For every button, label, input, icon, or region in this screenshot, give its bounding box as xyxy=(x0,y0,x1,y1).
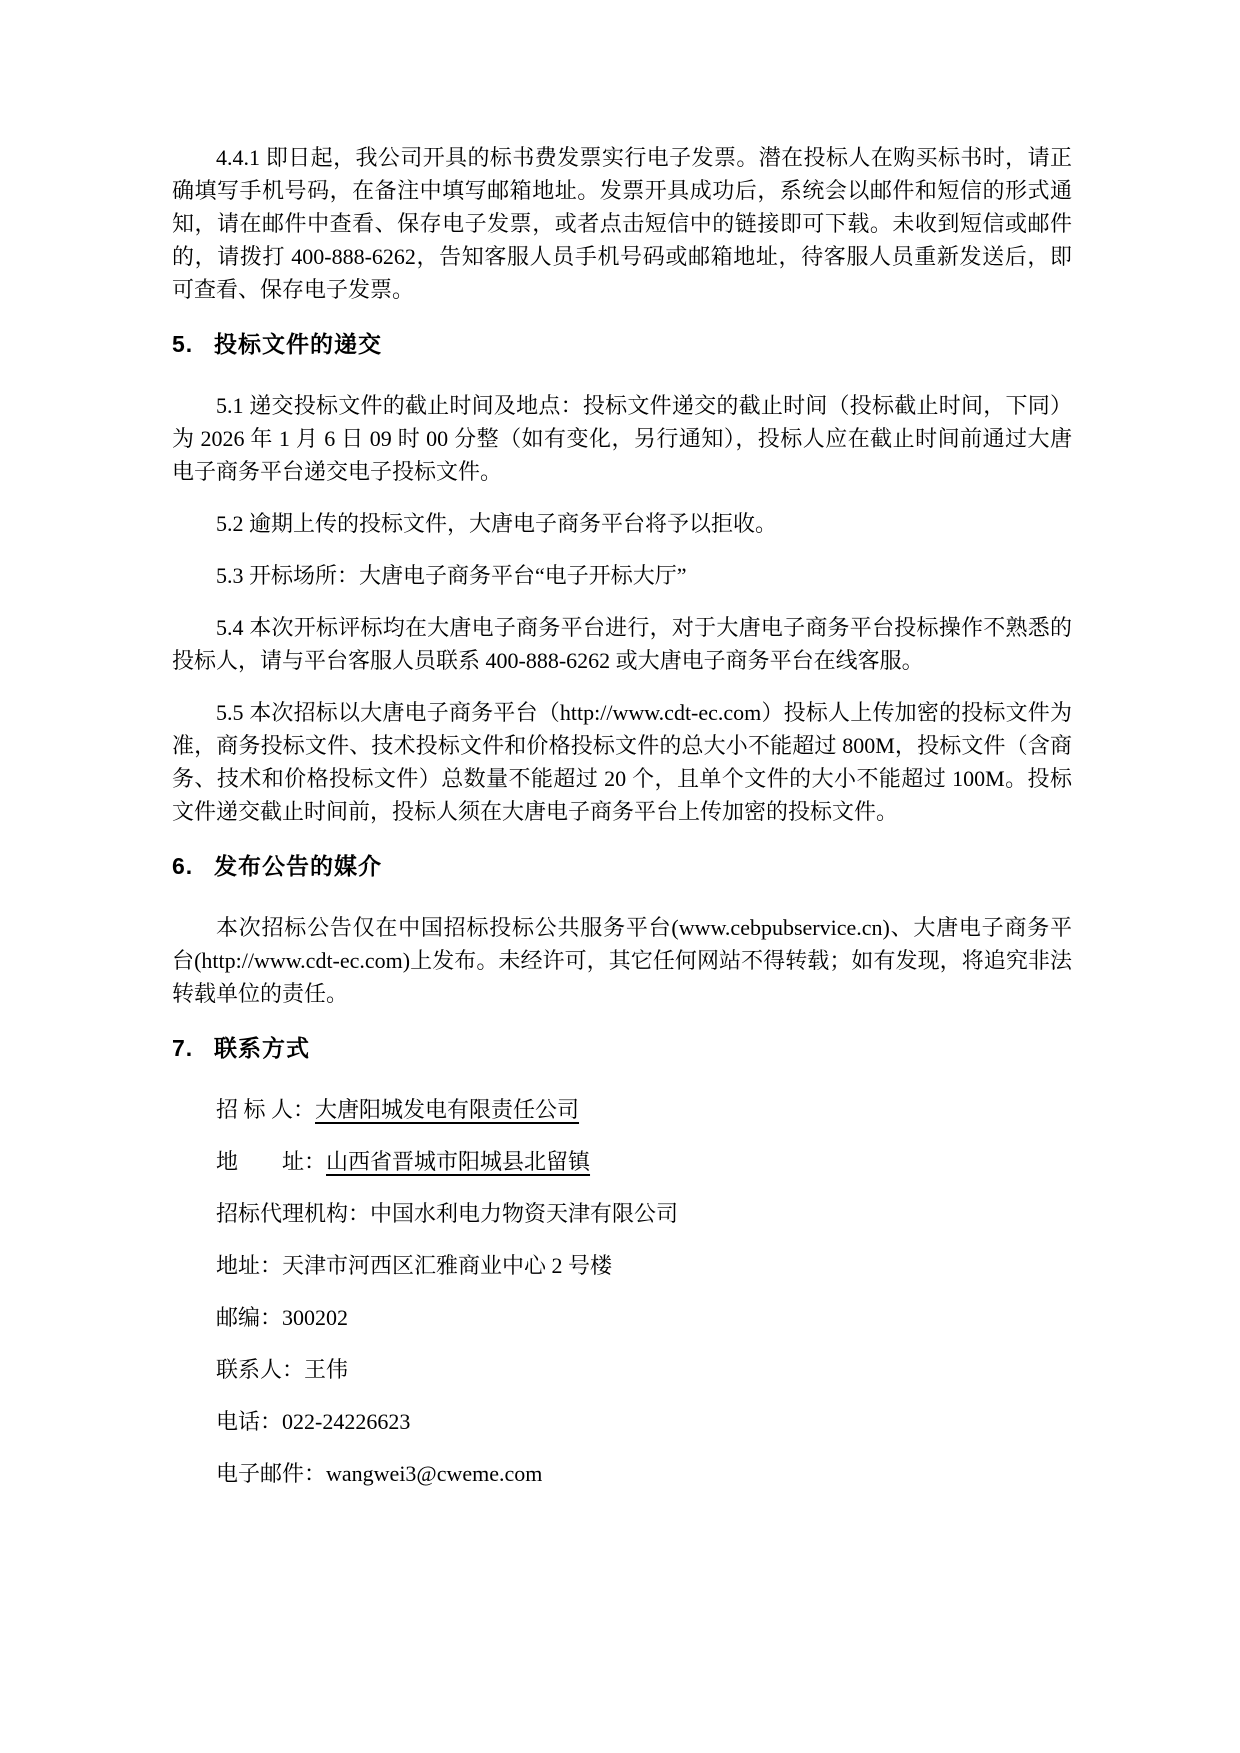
postcode-label: 邮编： xyxy=(216,1305,282,1330)
para-5-4: 5.4 本次开标评标均在大唐电子商务平台进行，对于大唐电子商务平台投标操作不熟悉… xyxy=(172,611,1072,677)
contact-person-value: 王伟 xyxy=(304,1357,348,1382)
para-5-1: 5.1 递交投标文件的截止时间及地点：投标文件递交的截止时间（投标截止时间，下同… xyxy=(172,389,1072,488)
contact-line-postcode: 邮编：300202 xyxy=(172,1301,1072,1334)
phone-label: 电话： xyxy=(216,1409,282,1434)
email-label: 电子邮件： xyxy=(216,1461,326,1486)
para-5-3: 5.3 开标场所：大唐电子商务平台“电子开标大厅” xyxy=(172,559,1072,592)
section-5-number: 5. xyxy=(172,328,214,361)
agency-value: 中国水利电力物资天津有限公司 xyxy=(370,1201,678,1226)
tenderer-address-value: 山西省晋城市阳城县北留镇 xyxy=(326,1149,590,1174)
tenderer-label: 招 标 人： xyxy=(216,1097,315,1122)
contact-line-tenderer: 招 标 人：大唐阳城发电有限责任公司 xyxy=(172,1093,1072,1126)
para-6-body: 本次招标公告仅在中国招标投标公共服务平台(www.cebpubservice.c… xyxy=(172,911,1072,1010)
contact-line-agency: 招标代理机构：中国水利电力物资天津有限公司 xyxy=(172,1197,1072,1230)
section-6-title: 发布公告的媒介 xyxy=(214,853,382,879)
contact-line-phone: 电话：022-24226623 xyxy=(172,1405,1072,1438)
contact-line-agency-address: 地址：天津市河西区汇雅商业中心 2 号楼 xyxy=(172,1249,1072,1282)
para-5-2: 5.2 逾期上传的投标文件，大唐电子商务平台将予以拒收。 xyxy=(172,507,1072,540)
section-7-heading: 7.联系方式 xyxy=(172,1032,1072,1065)
section-6-heading: 6.发布公告的媒介 xyxy=(172,850,1072,883)
contact-person-label: 联系人： xyxy=(216,1357,304,1382)
section-5-heading: 5.投标文件的递交 xyxy=(172,328,1072,361)
agency-address-value: 天津市河西区汇雅商业中心 2 号楼 xyxy=(282,1253,612,1278)
section-5-title: 投标文件的递交 xyxy=(214,331,382,357)
contact-list: 招 标 人：大唐阳城发电有限责任公司 地 址：山西省晋城市阳城县北留镇 招标代理… xyxy=(172,1093,1072,1490)
document-page: 4.4.1 即日起，我公司开具的标书费发票实行电子发票。潜在投标人在购买标书时，… xyxy=(0,0,1240,1753)
para-4-4-1: 4.4.1 即日起，我公司开具的标书费发票实行电子发票。潜在投标人在购买标书时，… xyxy=(172,141,1072,306)
postcode-value: 300202 xyxy=(282,1305,348,1330)
para-5-5: 5.5 本次招标以大唐电子商务平台（http://www.cdt-ec.com）… xyxy=(172,696,1072,828)
tenderer-address-label: 地 址： xyxy=(216,1149,326,1174)
email-value: wangwei3@cweme.com xyxy=(326,1461,542,1486)
phone-value: 022-24226623 xyxy=(282,1409,410,1434)
contact-line-email: 电子邮件：wangwei3@cweme.com xyxy=(172,1457,1072,1490)
section-6-number: 6. xyxy=(172,850,214,883)
contact-line-tenderer-address: 地 址：山西省晋城市阳城县北留镇 xyxy=(172,1145,1072,1178)
agency-label: 招标代理机构： xyxy=(216,1201,370,1226)
section-7-title: 联系方式 xyxy=(214,1035,310,1061)
agency-address-label: 地址： xyxy=(216,1253,282,1278)
tenderer-value: 大唐阳城发电有限责任公司 xyxy=(315,1097,579,1122)
contact-line-contact-person: 联系人：王伟 xyxy=(172,1353,1072,1386)
section-7-number: 7. xyxy=(172,1032,214,1065)
